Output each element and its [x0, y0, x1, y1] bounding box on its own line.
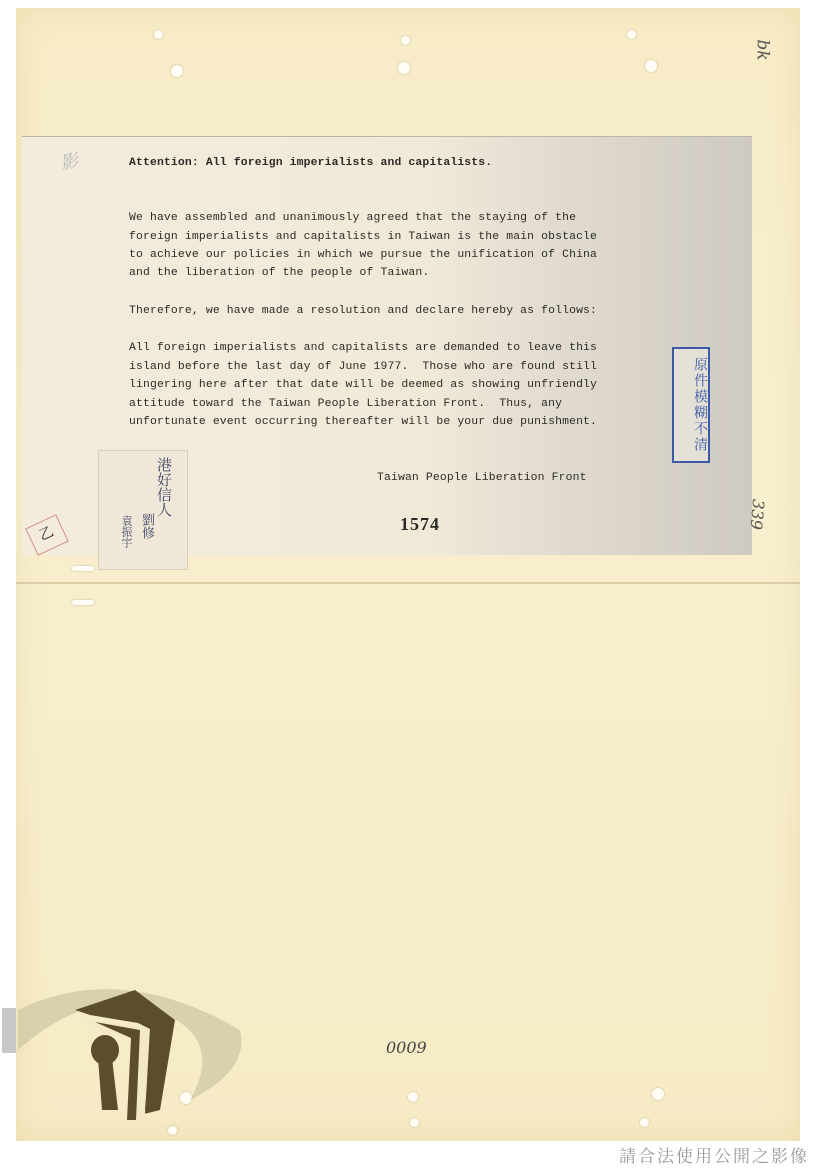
staple [72, 600, 94, 605]
handwritten-slip: 港好信人 劉修 袁振宇 [98, 450, 188, 570]
text-line: to achieve our policies in which we purs… [129, 246, 597, 265]
slip-line: 劉修 [137, 513, 155, 539]
text-line: and the liberation of the people of Taiw… [129, 264, 429, 283]
text-line: We have assembled and unanimously agreed… [129, 209, 576, 228]
text-line: foreign imperialists and capitalists in … [129, 228, 597, 247]
text-line: lingering here after that date will be d… [129, 376, 597, 395]
text-line: unfortunate event occurring thereafter w… [129, 413, 597, 432]
usage-watermark: 請合法使用公開之影像 [619, 1142, 809, 1167]
document-number: 1574 [400, 514, 440, 535]
punch-hole [645, 60, 657, 72]
slip-line: 袁振宇 [117, 515, 135, 548]
punch-hole [398, 62, 410, 74]
archive-book-keyhole-icon [0, 970, 250, 1120]
paragraph-2: Therefore, we have made a resolution and… [129, 302, 597, 321]
punch-hole [410, 1118, 419, 1127]
text-line: island before the last day of June 1977.… [129, 358, 597, 377]
fold-line [16, 582, 800, 584]
blurred-original-stamp: 原件模糊不清 [672, 347, 710, 463]
handwritten-note-top-right: bk [753, 39, 773, 60]
punch-hole [171, 65, 183, 77]
punch-hole [652, 1088, 664, 1100]
text-line: attitude toward the Taiwan People Libera… [129, 395, 562, 414]
page-number: 0009 [386, 1038, 427, 1057]
handwritten-note-right-margin: 339 [746, 498, 768, 530]
punch-hole [627, 30, 636, 39]
punch-hole [154, 30, 163, 39]
signature: Taiwan People Liberation Front [377, 469, 587, 488]
punch-hole [640, 1118, 649, 1127]
punch-hole [401, 36, 410, 45]
slip-line: 港好信人 [155, 457, 173, 517]
punch-hole [168, 1126, 177, 1135]
letter-heading: Attention: All foreign imperialists and … [129, 154, 492, 173]
punch-hole [408, 1092, 418, 1102]
staple [72, 566, 94, 571]
text-line: All foreign imperialists and capitalists… [129, 339, 597, 358]
